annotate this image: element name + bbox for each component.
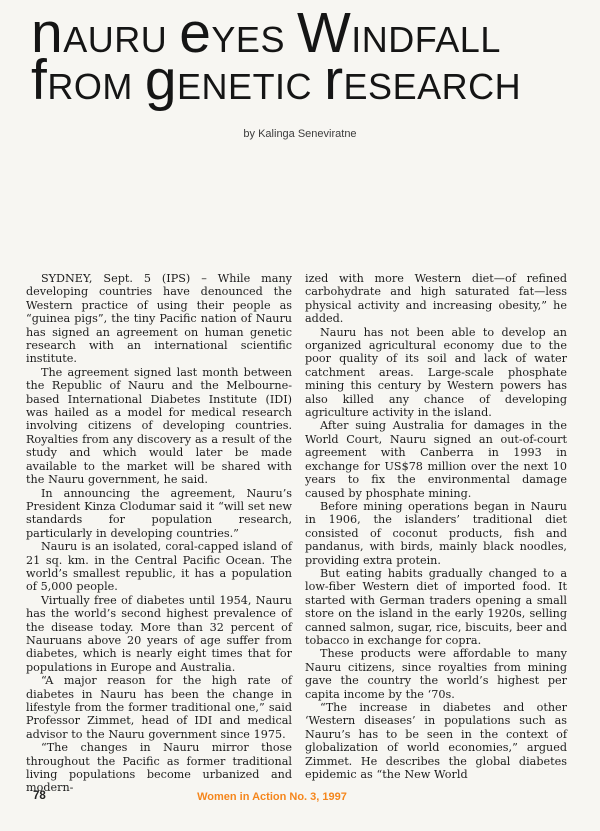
paragraph: Virtually free of diabetes until 1954, N… [26, 594, 292, 674]
title-small-caps: ROM [47, 66, 133, 107]
article-body: SYDNEY, Sept. 5 (IPS) – While many devel… [26, 272, 567, 795]
magazine-page: nAURUeYESWINDFALL fROMgENETICrESEARCH by… [0, 0, 600, 831]
paragraph: “The changes in Nauru mirror those throu… [26, 741, 292, 795]
title-line-2: fROMgENETICrESEARCH [31, 63, 521, 110]
title-small-caps: INDFALL [351, 19, 501, 60]
paragraph: Nauru is an isolated, coral-capped islan… [26, 540, 292, 594]
title-initial: g [145, 48, 177, 112]
paragraph: “A major reason for the high rate of dia… [26, 674, 292, 741]
paragraph: SYDNEY, Sept. 5 (IPS) – While many devel… [26, 272, 292, 366]
paragraph: But eating habits gradually changed to a… [305, 567, 567, 647]
paragraph: In announcing the agreement, Nauru’s Pre… [26, 487, 292, 541]
paragraph: “The increase in diabetes and other ‘Wes… [305, 701, 567, 781]
paragraph: These products were affordable to many N… [305, 647, 567, 701]
paragraph: After suing Australia for damages in the… [305, 419, 567, 499]
title-line-1: nAURUeYESWINDFALL [31, 16, 521, 63]
paragraph: Nauru has not been able to develop an or… [305, 326, 567, 420]
title-word: fROM [31, 66, 133, 107]
title-initial: r [324, 48, 343, 112]
byline: by Kalinga Seneviratne [0, 128, 600, 140]
paragraph: ized with more Western diet—of refined c… [305, 272, 567, 326]
title-small-caps: ENETIC [177, 66, 312, 107]
title-word: eYES [179, 19, 285, 60]
title-word: gENETIC [145, 66, 312, 107]
paragraph: The agreement signed last month between … [26, 366, 292, 487]
journal-footer: Women in Action No. 3, 1997 [0, 791, 544, 803]
article-title: nAURUeYESWINDFALL fROMgENETICrESEARCH [31, 16, 521, 110]
title-small-caps: YES [211, 19, 285, 60]
title-word: rESEARCH [324, 66, 521, 107]
title-small-caps: ESEARCH [344, 66, 522, 107]
right-column: ized with more Western diet—of refined c… [305, 272, 567, 795]
left-column: SYDNEY, Sept. 5 (IPS) – While many devel… [26, 272, 292, 795]
title-initial: e [179, 1, 211, 65]
title-initial: f [31, 48, 47, 112]
paragraph: Before mining operations began in Nauru … [305, 500, 567, 567]
